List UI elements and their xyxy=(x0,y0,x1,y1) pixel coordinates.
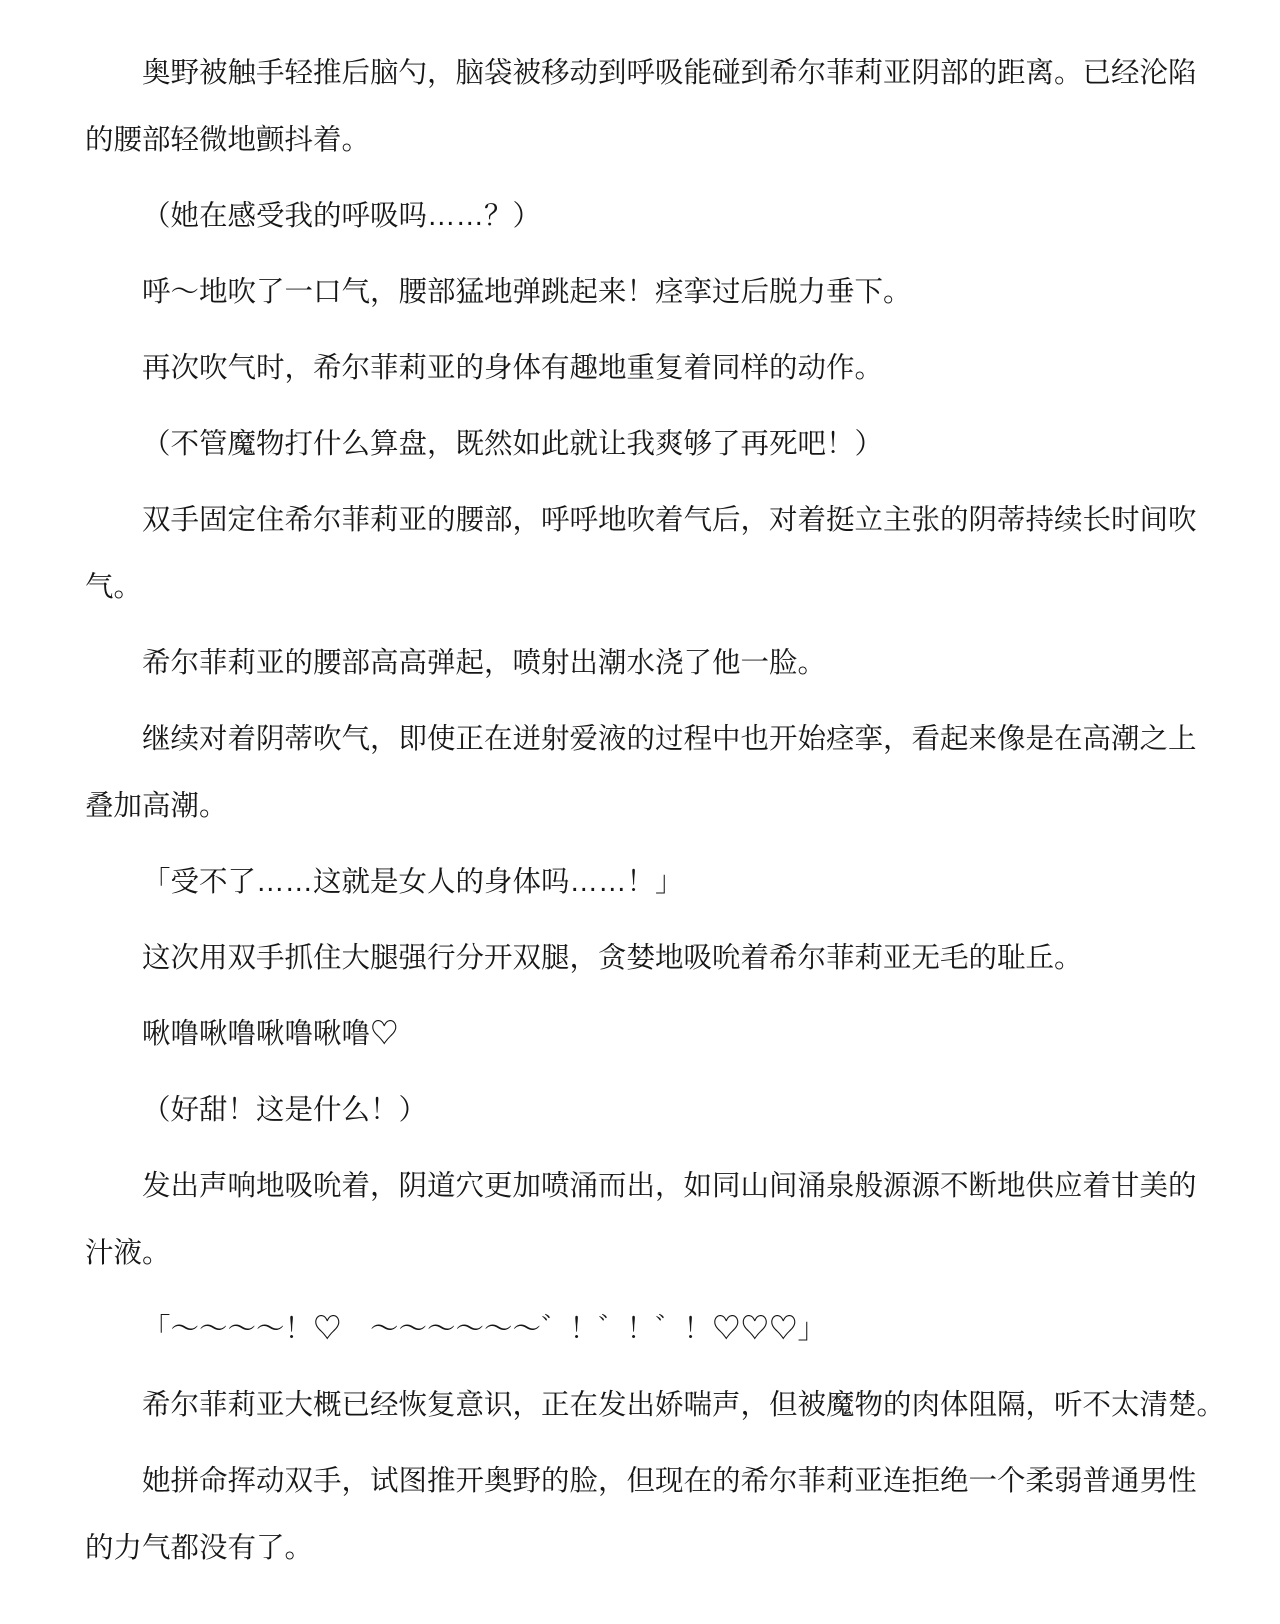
paragraph: 这次用双手抓住大腿强行分开双腿，贪婪地吸吮着希尔菲莉亚无毛的耻丘。 xyxy=(85,925,1245,992)
paragraph: 啾噜啾噜啾噜啾噜♡ xyxy=(85,1001,1245,1068)
paragraph: 奥野被触手轻推后脑勺，脑袋被移动到呼吸能碰到希尔菲莉亚阴部的距离。已经沦陷的腰部… xyxy=(85,40,1245,174)
paragraph: 希尔菲莉亚大概已经恢复意识，正在发出娇喘声，但被魔物的肉体阻隔，听不太清楚。 xyxy=(85,1372,1245,1439)
paragraph: 继续对着阴蒂吹气，即使正在迸射爱液的过程中也开始痉挛，看起来像是在高潮之上叠加高… xyxy=(85,706,1245,840)
paragraph: （不管魔物打什么算盘，既然如此就让我爽够了再死吧！） xyxy=(85,411,1245,478)
paragraph: 希尔菲莉亚的腰部高高弹起，喷射出潮水浇了他一脸。 xyxy=(85,630,1245,697)
paragraph: （她在感受我的呼吸吗……？） xyxy=(85,183,1245,250)
paragraph: 双手固定住希尔菲莉亚的腰部，呼呼地吹着气后，对着挺立主张的阴蒂持续长时间吹气。 xyxy=(85,487,1245,621)
paragraph: 发出声响地吸吮着，阴道穴更加喷涌而出，如同山间涌泉般源源不断地供应着甘美的汁液。 xyxy=(85,1153,1245,1287)
paragraph: 再次吹气时，希尔菲莉亚的身体有趣地重复着同样的动作。 xyxy=(85,335,1245,402)
document-page: 奥野被触手轻推后脑勺，脑袋被移动到呼吸能碰到希尔菲莉亚阴部的距离。已经沦陷的腰部… xyxy=(0,0,1280,1624)
paragraph: （好甜！这是什么！） xyxy=(85,1077,1245,1144)
paragraph: 她拼命挥动双手，试图推开奥野的脸，但现在的希尔菲莉亚连拒绝一个柔弱普通男性的力气… xyxy=(85,1448,1245,1582)
paragraph: 「受不了……这就是女人的身体吗……！」 xyxy=(85,849,1245,916)
paragraph-list: 奥野被触手轻推后脑勺，脑袋被移动到呼吸能碰到希尔菲莉亚阴部的距离。已经沦陷的腰部… xyxy=(85,40,1245,1582)
paragraph: 「～～～～！♡ ～～～～～～゛！゛！゛！♡♡♡」 xyxy=(85,1296,1245,1363)
paragraph: 呼～地吹了一口气，腰部猛地弹跳起来！痉挛过后脱力垂下。 xyxy=(85,259,1245,326)
